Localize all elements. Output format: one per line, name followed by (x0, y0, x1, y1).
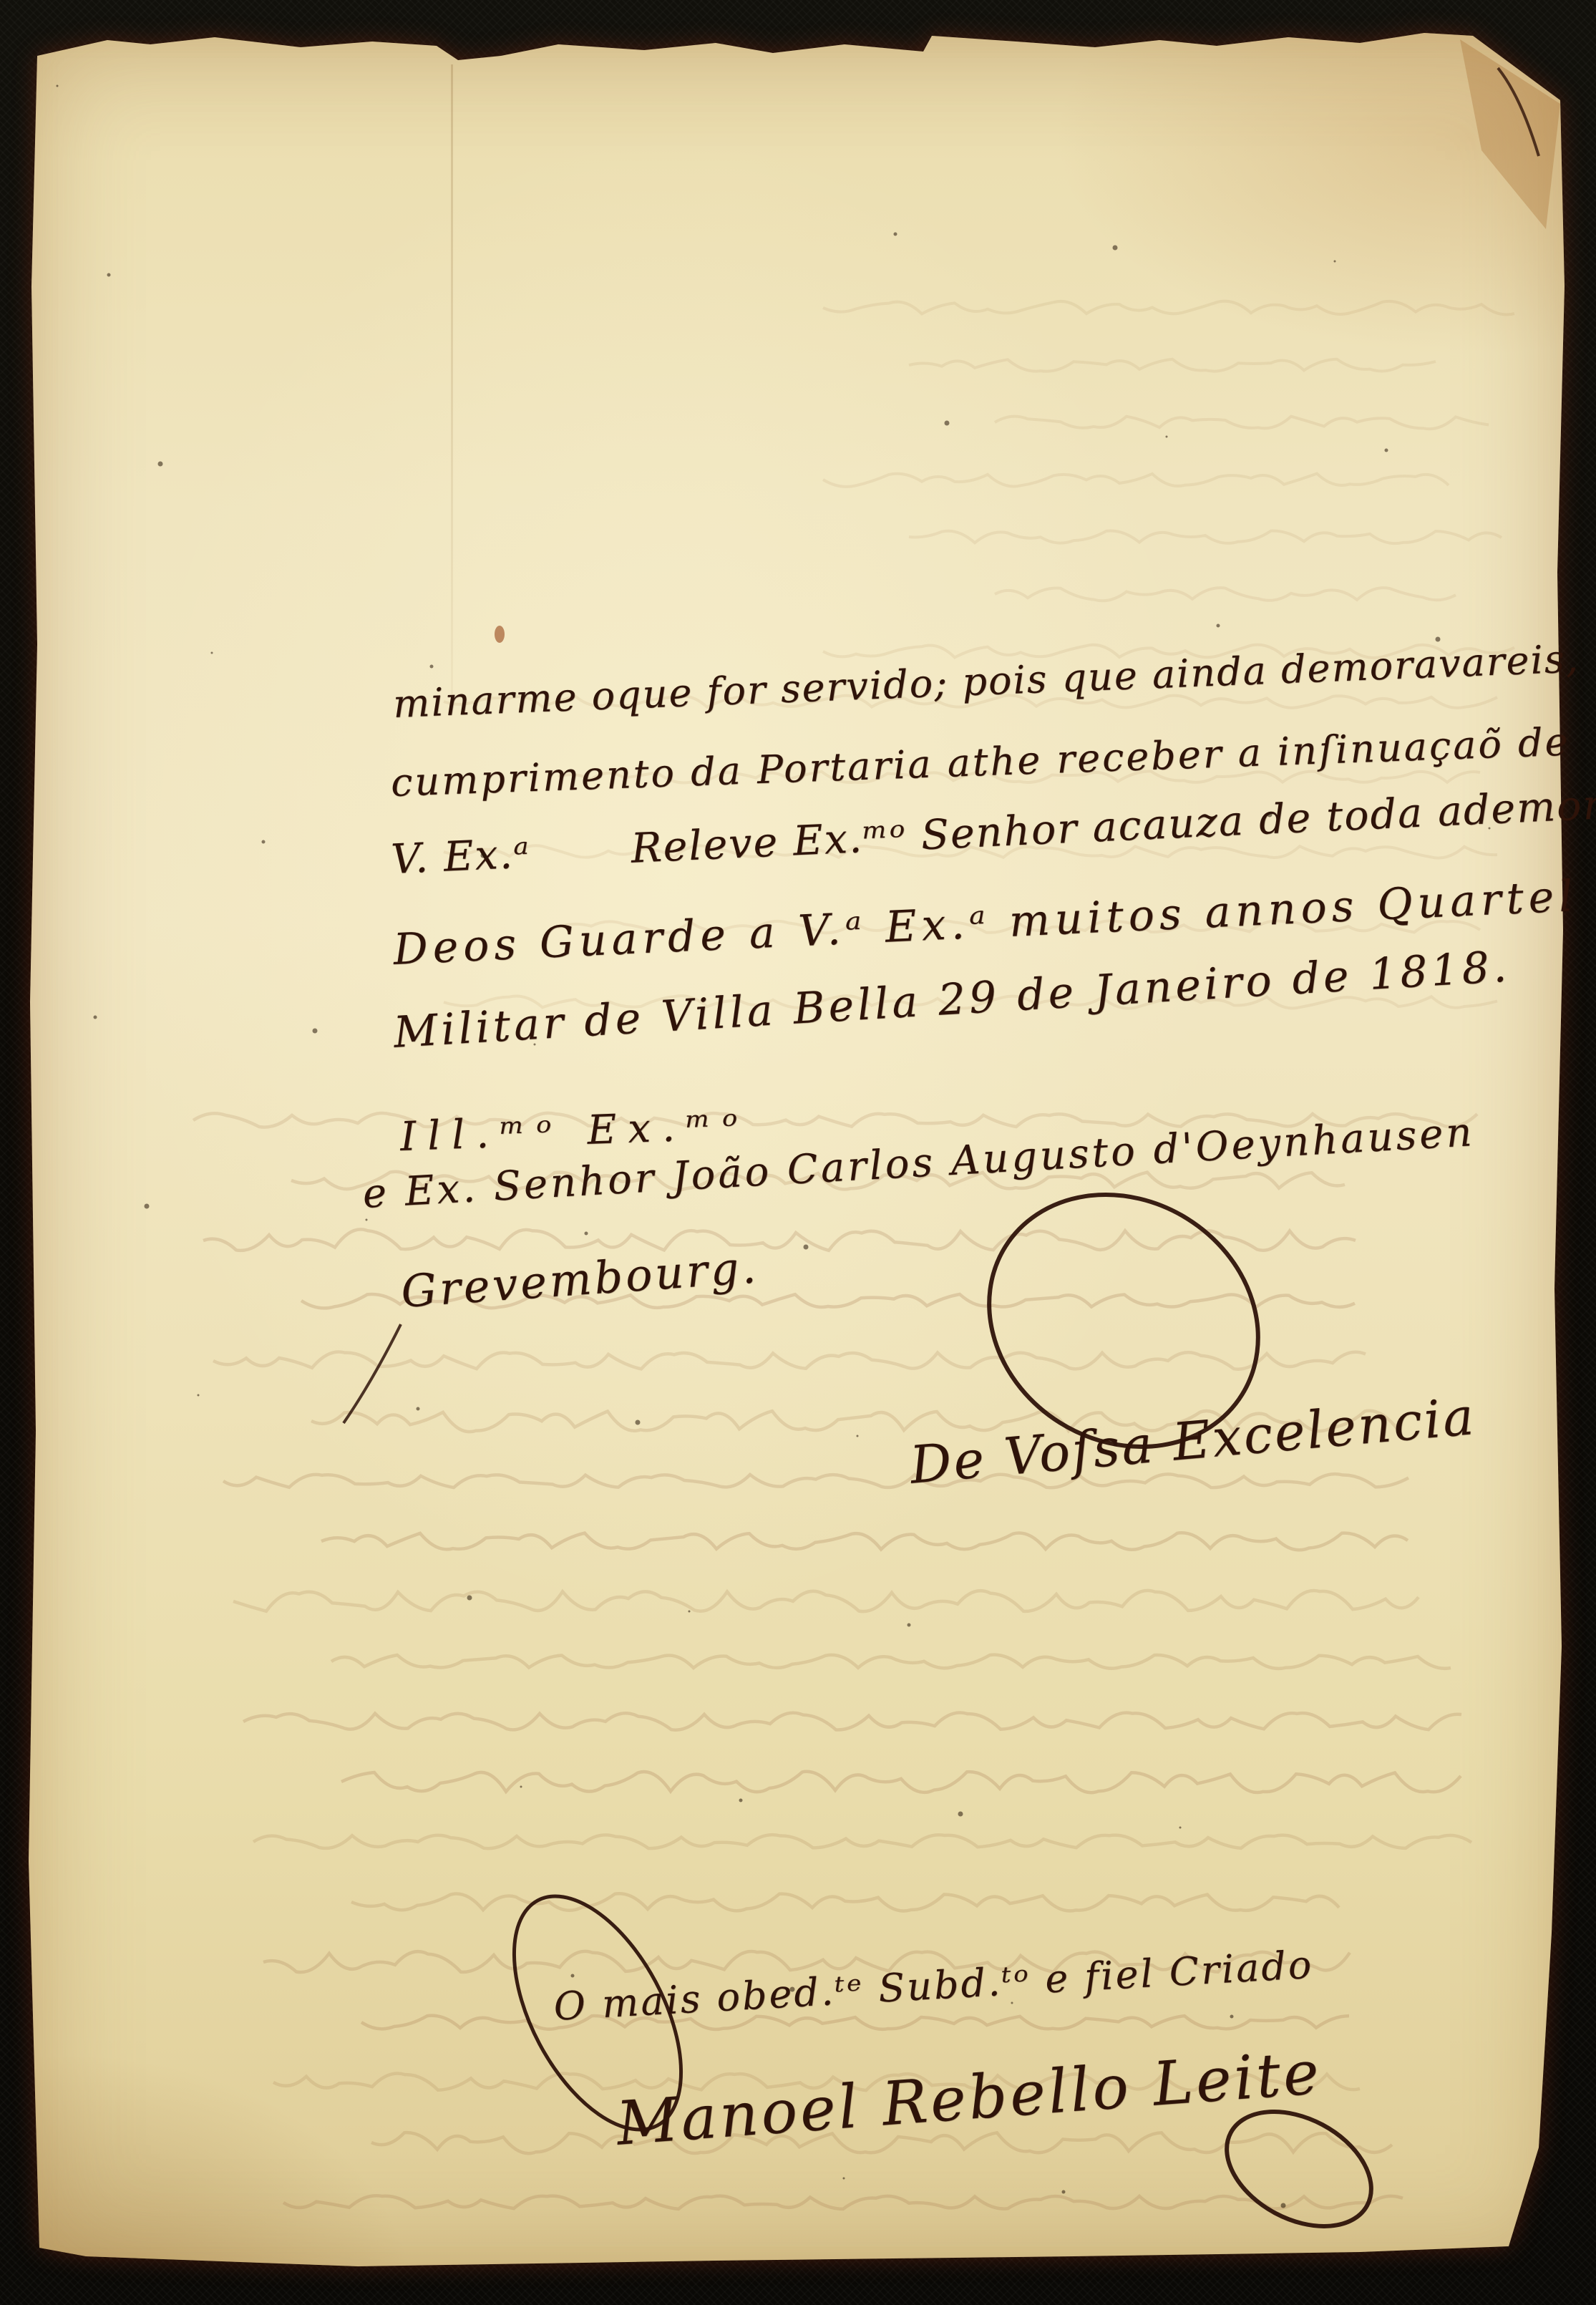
paper-crease (451, 64, 453, 694)
photo-background: minarme oque for servido; pois que ainda… (0, 0, 1596, 2305)
